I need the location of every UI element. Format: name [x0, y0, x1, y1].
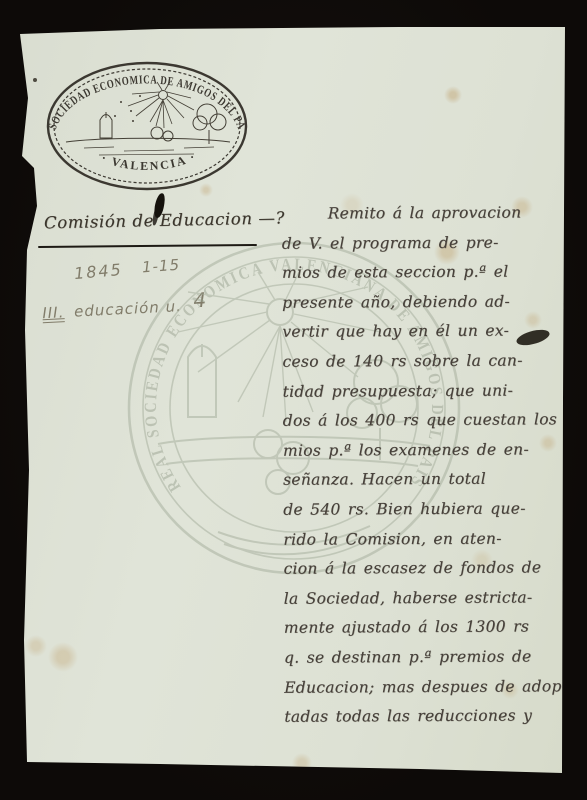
society-emblem-stamp: SOCIEDAD ECONOMICA DE AMIGOS DEL PAIS · …	[44, 60, 250, 194]
manuscript-line: tadas todas las reducciones y	[284, 701, 562, 732]
manuscript-line: q. se destinan p.ª premios de	[284, 642, 562, 673]
emblem-ring-text-bottom: · VALENCIA ·	[99, 149, 198, 173]
manuscript-body: Remito á la aprovacionde V. el programa …	[282, 198, 563, 732]
manuscript-line: rido la Comision, en aten-	[283, 524, 561, 555]
manuscript-line: dos á los 400 rs que cuestan los pre-	[283, 405, 561, 436]
manuscript-line: cion á la escasez de fondos de	[283, 553, 561, 584]
pencil-roman-numeral: III.	[42, 303, 65, 323]
svg-text:· VALENCIA ·: · VALENCIA ·	[99, 149, 198, 173]
manuscript-line: mios p.ª los examenes de en-	[283, 435, 561, 466]
emblem-ring-text-top: SOCIEDAD ECONOMICA DE AMIGOS DEL PAIS	[44, 60, 249, 131]
svg-text:SOCIEDAD ECONOMICA DE AMIGOS D: SOCIEDAD ECONOMICA DE AMIGOS DEL PAIS	[44, 60, 249, 131]
manuscript-line: Educacion; mas despues de adop-	[284, 672, 562, 703]
section-heading: Comisión de Educacion —?	[44, 209, 274, 233]
manuscript-line: señanza. Hacen un total	[283, 465, 561, 496]
paper-speck	[33, 78, 37, 82]
manuscript-line: de 540 rs. Bien hubiera que-	[283, 494, 561, 525]
manuscript-line: la Sociedad, haberse estricta-	[284, 583, 562, 614]
manuscript-line: de V. el programa de pre-	[282, 228, 560, 259]
document-page: SOCIEDAD ECONOMICA DE AMIGOS DEL PAIS · …	[0, 0, 587, 800]
manuscript-line: ceso de 140 rs sobre la can-	[282, 346, 560, 377]
manuscript-line: Remito á la aprovacion	[282, 198, 560, 229]
manuscript-line: tidad presupuesta; que uni-	[283, 376, 561, 407]
pencil-year: 1845	[73, 260, 123, 283]
manuscript-line: presente año, debiendo ad-	[282, 287, 560, 318]
manuscript-line: mios de esta seccion p.ª el	[282, 257, 560, 288]
manuscript-line: mente ajustado á los 1300 rs	[284, 613, 562, 644]
scan-background: SOCIEDAD ECONOMICA DE AMIGOS DEL PAIS · …	[0, 0, 587, 800]
